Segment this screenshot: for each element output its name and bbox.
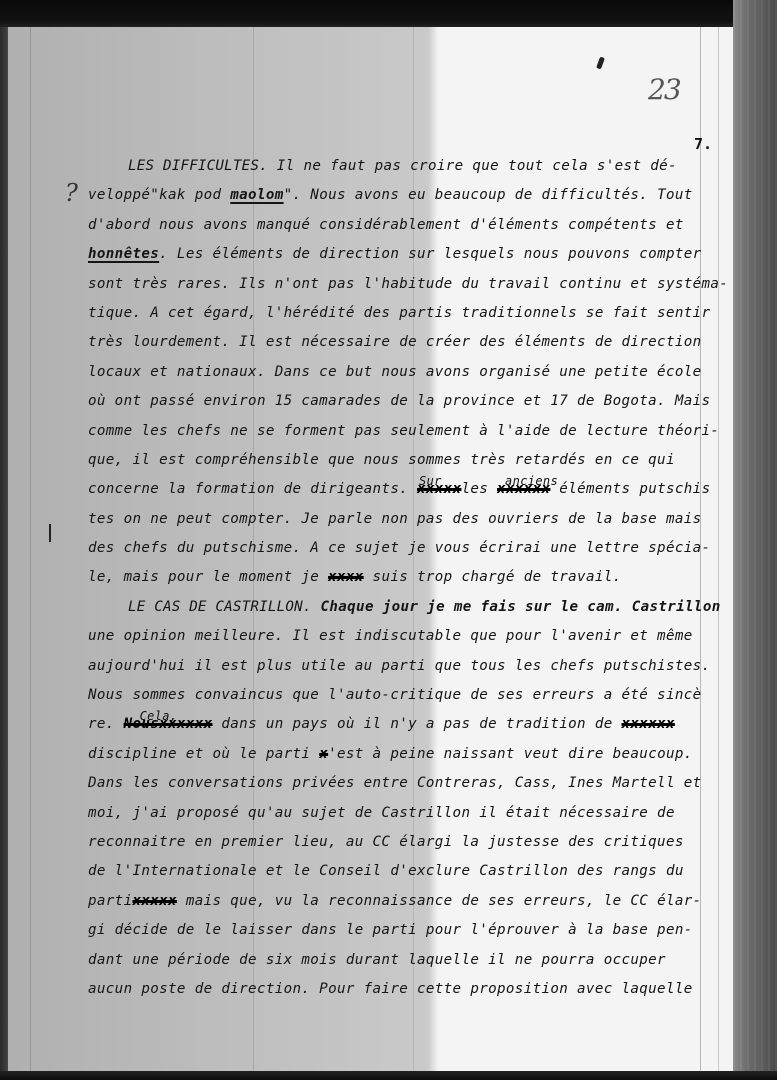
paragraph-2-line: moi, j'ai proposé qu'au sujet de Castril… xyxy=(88,799,733,828)
paragraph-1-line: le, mais pour le moment je xxxx suis tro… xyxy=(88,563,733,592)
paragraph-1-line: tique. A cet égard, l'hérédité des parti… xyxy=(88,299,733,328)
text-run: ". Nous avons eu beaucoup de difficultés… xyxy=(284,187,693,203)
paragraph-1-line: honnêtes. Les éléments de direction sur … xyxy=(88,240,733,269)
paragraph-2-line: reconnaitre en premier lieu, au CC élarg… xyxy=(88,828,733,857)
underlined-word: maolom xyxy=(230,187,283,203)
text-run: les xyxy=(461,481,497,497)
paragraph-1-line: où ont passé environ 15 camarades de la … xyxy=(88,387,733,416)
paragraph-1-line: des chefs du putschisme. A ce sujet je v… xyxy=(88,534,733,563)
paragraph-2-line: Dans les conversations privées entre Con… xyxy=(88,769,733,798)
paragraph-1-line: veloppé"kak pod maolom". Nous avons eu b… xyxy=(88,181,733,210)
paragraph-2-line: aucun poste de direction. Pour faire cet… xyxy=(88,975,733,1004)
text-run: le, mais pour le moment je xyxy=(88,569,328,585)
paragraph-1-line: très lourdement. Il est nécessaire de cr… xyxy=(88,328,733,357)
text-run: . Les éléments de direction sur lesquels… xyxy=(159,246,701,262)
text-run: dans un pays où il n'y a pas de traditio… xyxy=(213,716,622,732)
text-run: veloppé"kak pod xyxy=(88,187,230,203)
struck-word: Cela,Nousxxxxxx xyxy=(124,716,213,732)
paragraph-2-line: une opinion meilleure. Il est indiscutab… xyxy=(88,622,733,651)
paragraph-1-line: sont très rares. Ils n'ont pas l'habitud… xyxy=(88,270,733,299)
paragraph-1-line: que, il est compréhensible que nous somm… xyxy=(88,446,733,475)
paragraph-2-line: Nous sommes convaincus que l'auto-critiq… xyxy=(88,681,733,710)
text-run: parti xyxy=(88,893,132,909)
text-run: concerne la formation de dirigeants. xyxy=(88,481,417,497)
paragraph-1-line: LES DIFFICULTES. Il ne faut pas croire q… xyxy=(88,152,733,181)
interlinear-insertion: anciens xyxy=(505,467,558,496)
scan-top-shadow xyxy=(0,0,735,27)
paragraph-2-line: discipline et où le parti x'est à peine … xyxy=(88,740,733,769)
section-heading-castrillon: LE CAS DE CASTRILLON. xyxy=(128,599,312,615)
paragraph-1-line: locaux et nationaux. Dans ce but nous av… xyxy=(88,358,733,387)
interlinear-insertion: Sur xyxy=(419,467,442,496)
strikethrough-text: xxxxx xyxy=(132,893,176,909)
underlined-word: honnêtes xyxy=(88,246,159,262)
paragraph-2-line: partixxxxx mais que, vu la reconnaissanc… xyxy=(88,887,733,916)
paragraph-1-line: concerne la formation de dirigeants. Sur… xyxy=(88,475,733,504)
page-number: 7. xyxy=(694,135,712,153)
paragraph-1-line: tes on ne peut compter. Je parle non pas… xyxy=(88,505,733,534)
text-run: re. xyxy=(88,716,124,732)
ink-mark xyxy=(596,57,605,70)
paragraph-1-line: d'abord nous avons manqué considérableme… xyxy=(88,211,733,240)
paragraph-2-line: gi décide de le laisser dans le parti po… xyxy=(88,916,733,945)
text-run: 'est à peine naissant veut dire beaucoup… xyxy=(328,746,693,762)
paragraph-2-line: dant une période de six mois durant laqu… xyxy=(88,946,733,975)
margin-question-mark: ? xyxy=(65,179,78,207)
struck-word: Surxxxxx xyxy=(417,481,461,497)
strikethrough-text: xxxx xyxy=(328,569,364,585)
paragraph-2-line: de l'Internationale et le Conseil d'excl… xyxy=(88,857,733,886)
margin-tick xyxy=(49,524,51,542)
paragraph-2-line: re. Cela,Nousxxxxxx dans un pays où il n… xyxy=(88,710,733,739)
paragraph-2-line: LE CAS DE CASTRILLON. Chaque jour je me … xyxy=(88,593,733,622)
scan-bottom-shadow xyxy=(0,1071,777,1080)
paragraph-1-line: comme les chefs ne se forment pas seulem… xyxy=(88,417,733,446)
paragraph-2-line: aujourd'hui il est plus utile au parti q… xyxy=(88,652,733,681)
handwritten-folio: 23 xyxy=(648,73,680,106)
interlinear-insertion: Cela, xyxy=(140,702,178,731)
struck-word: anciensxxxxxx xyxy=(497,481,550,497)
text-line: Il ne faut pas croire que tout cela s'es… xyxy=(277,158,677,174)
text-run: mais que, vu la reconnaissance de ses er… xyxy=(177,893,702,909)
typed-body: LES DIFFICULTES. Il ne faut pas croire q… xyxy=(88,152,733,1004)
text-run: discipline et où le parti xyxy=(88,746,319,762)
text-line: Chaque jour je me fais sur le cam. Castr… xyxy=(320,599,720,615)
section-heading-difficultes: LES DIFFICULTES. xyxy=(128,158,268,174)
document-page: 23 7. ? LES DIFFICULTES. Il ne faut pas … xyxy=(8,27,733,1071)
text-run: éléments putschis xyxy=(550,481,710,497)
strikethrough-text: xxxxxx xyxy=(622,716,675,732)
text-run: suis trop chargé de travail. xyxy=(364,569,622,585)
strikethrough-text: x xyxy=(319,746,328,762)
scan-right-edge xyxy=(733,0,777,1080)
